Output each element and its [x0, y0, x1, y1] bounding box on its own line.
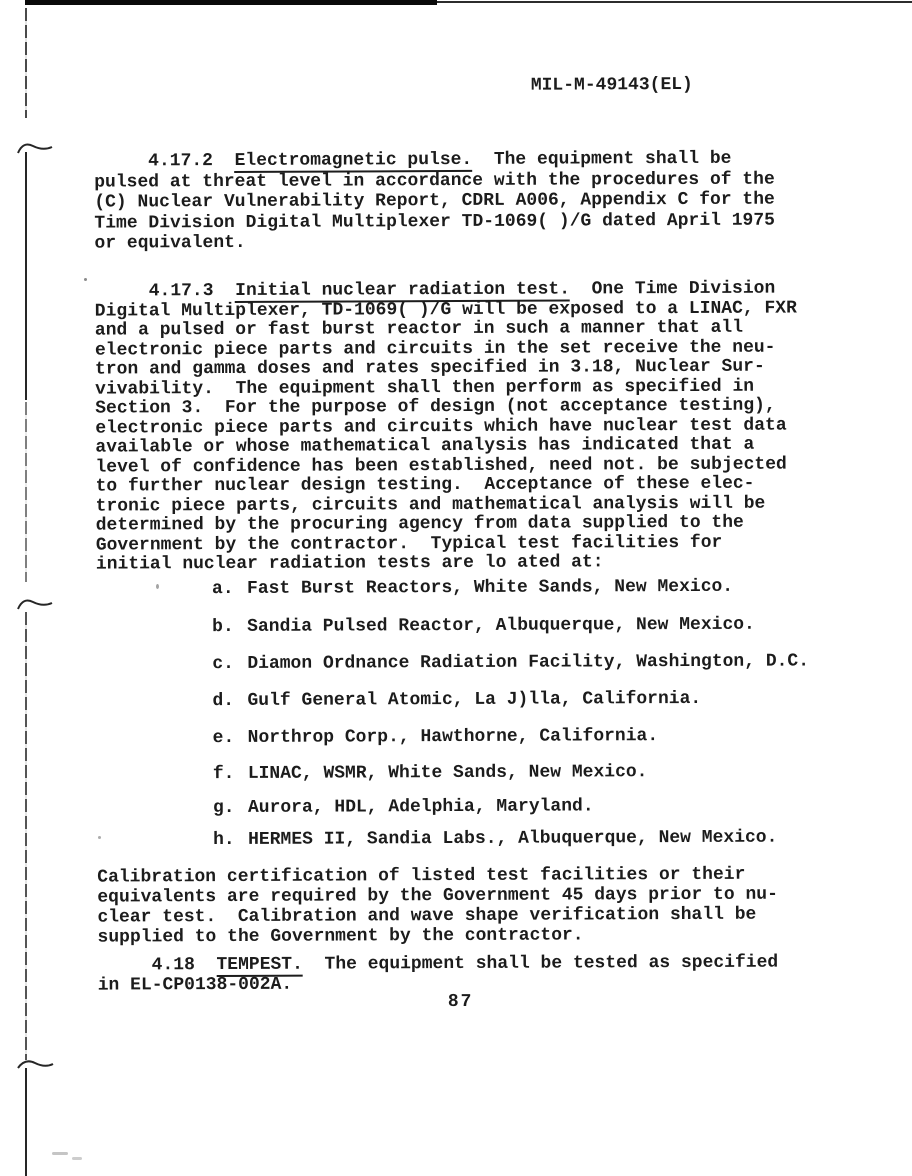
list-text: Northrop Corp., Hawthorne, California. [248, 726, 659, 748]
list-text: LINAC, WSMR, White Sands, New Mexico. [248, 762, 648, 784]
body-text: One Time Division [570, 279, 775, 300]
list-item-facility: f.LINAC, WSMR, White Sands, New Mexico. [213, 762, 648, 784]
body-text: The equipment shall be tested as specifi… [303, 953, 778, 975]
section-number: 4.17.3 [95, 281, 236, 302]
list-marker: b. [212, 617, 247, 637]
body-line: or equivalent. [94, 231, 775, 254]
body-line: clear test. Calibration and wave shape v… [97, 905, 778, 928]
list-item-facility: d.Gulf General Atomic, La J)lla, Califor… [212, 689, 701, 711]
section-number: 4.17.2 [94, 151, 235, 172]
scanned-document-page: MIL-M-49143(EL) 4.17.2 Electromagnetic p… [0, 0, 912, 1176]
list-marker: e. [213, 728, 248, 748]
list-text: Diamon Ordnance Radiation Facility, Wash… [247, 651, 809, 673]
section-number: 4.18 [98, 955, 217, 976]
list-item-facility: a.Fast Burst Reactors, White Sands, New … [212, 577, 733, 599]
section-heading: Electromagnetic pulse. [235, 150, 473, 173]
paragraph-4-17-3: 4.17.3 Initial nuclear radiation test. O… [95, 280, 798, 576]
body-line: 4.17.2 Electromagnetic pulse. The equipm… [94, 149, 775, 172]
document-content: MIL-M-49143(EL) 4.17.2 Electromagnetic p… [0, 0, 912, 1176]
paragraph-4-18: 4.18 TEMPEST. The equipment shall be tes… [98, 954, 779, 996]
list-item-facility: c.Diamon Ordnance Radiation Facility, Wa… [212, 651, 809, 674]
paragraph-4-17-2: 4.17.2 Electromagnetic pulse. The equipm… [94, 149, 775, 254]
body-text: The equipment shall be [472, 149, 731, 170]
page-number: 87 [448, 992, 474, 1012]
document-number: MIL-M-49143(EL) [531, 75, 693, 96]
section-heading: TEMPEST. [216, 955, 303, 977]
list-text: Gulf General Atomic, La J)lla, Californi… [247, 689, 701, 711]
list-item-facility: e.Northrop Corp., Hawthorne, California. [213, 726, 659, 748]
list-item-facility: b.Sandia Pulsed Reactor, Albuquerque, Ne… [212, 615, 755, 637]
list-marker: f. [213, 764, 248, 784]
list-marker: d. [212, 691, 247, 711]
list-marker: g. [213, 798, 248, 818]
list-item-facility: h.HERMES II, Sandia Labs., Albuquerque, … [213, 828, 777, 850]
body-line: 4.18 TEMPEST. The equipment shall be tes… [98, 954, 779, 976]
paragraph-calibration: Calibration certification of listed test… [97, 865, 778, 948]
list-text: Fast Burst Reactors, White Sands, New Me… [247, 577, 733, 599]
list-marker: c. [212, 654, 247, 674]
body-line: supplied to the Government by the contra… [97, 925, 778, 948]
body-line: Time Division Digital Multiplexer TD-106… [94, 210, 775, 233]
list-marker: a. [212, 579, 247, 599]
list-text: Sandia Pulsed Reactor, Albuquerque, New … [247, 615, 755, 637]
body-line: in EL-CP0138-002A. [98, 973, 779, 995]
list-text: Aurora, HDL, Adelphia, Maryland. [248, 796, 594, 818]
body-line: initial nuclear radiation tests are lo a… [96, 553, 798, 576]
body-line: (C) Nuclear Vulnerability Report, CDRL A… [94, 190, 775, 213]
list-marker: h. [213, 830, 248, 850]
list-item-facility: g.Aurora, HDL, Adelphia, Maryland. [213, 796, 594, 818]
list-text: HERMES II, Sandia Labs., Albuquerque, Ne… [248, 828, 777, 850]
